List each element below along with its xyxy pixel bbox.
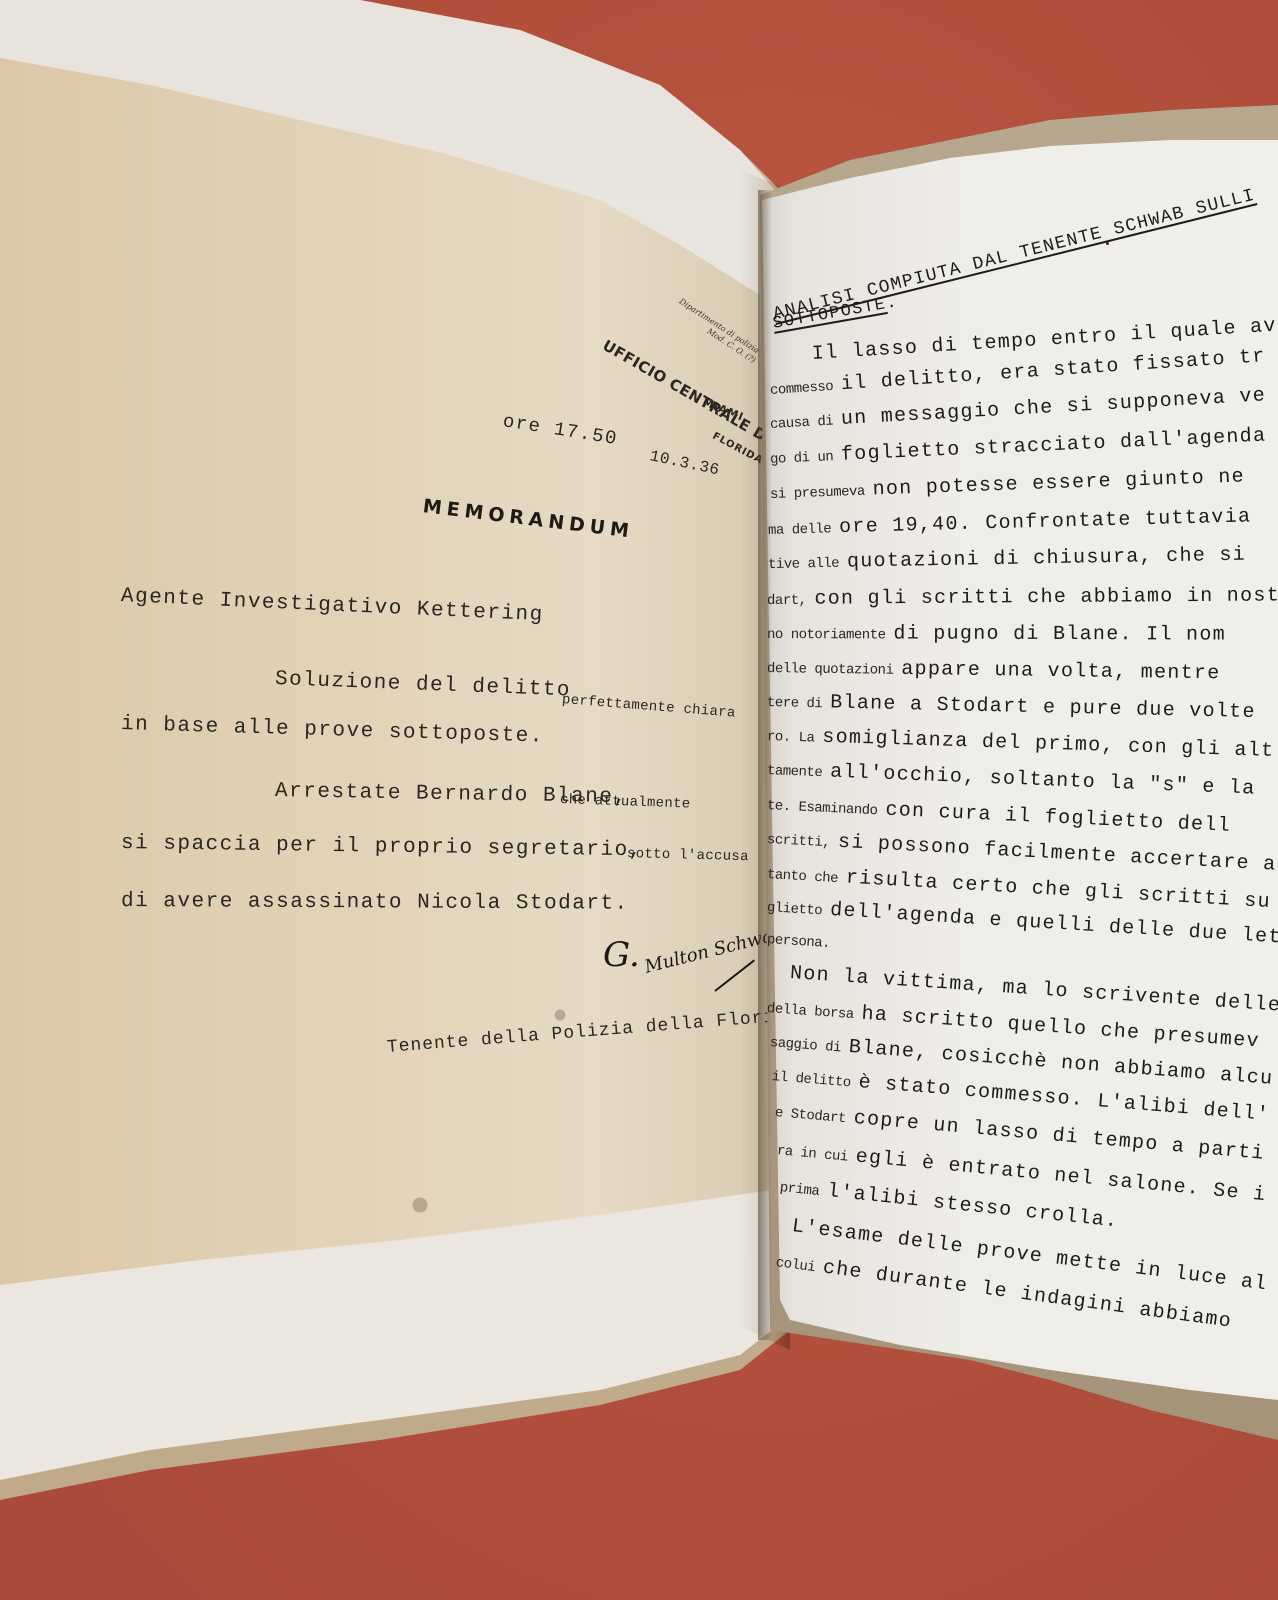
analysis-line-prefix: glietto: [766, 900, 830, 920]
analysis-line-prefix: no notoriamente: [767, 627, 893, 643]
analysis-line: no notoriamente di pugno di Blane. Il no…: [767, 622, 1226, 647]
analysis-line-prefix: ro. La: [767, 729, 823, 747]
analysis-line-prefix: scritti,: [767, 832, 839, 852]
signature-initial: G.: [603, 935, 640, 975]
analysis-line-prefix: si presumeva: [770, 483, 873, 503]
analysis-line: persona.: [766, 927, 831, 954]
analysis-line-prefix: prima: [779, 1180, 828, 1201]
memo-body-line: di avere assassinato Nicola Stodart.: [121, 890, 629, 916]
analysis-line-prefix: ma delle: [768, 521, 840, 539]
analysis-line-prefix: commesso: [770, 378, 842, 399]
analysis-line-prefix: saggio di: [769, 1035, 849, 1057]
analysis-line-text: con gli scritti che abbiamo in nost: [814, 584, 1278, 610]
analysis-line-prefix: tere di: [767, 695, 831, 712]
analysis-line-prefix: tanto che: [766, 867, 846, 888]
analysis-line: dart, con gli scritti che abbiamo in nos…: [767, 584, 1278, 611]
analysis-line-text: appare una volta, mentre: [901, 658, 1221, 685]
analysis-line-prefix: persona.: [766, 932, 830, 952]
analysis-line-prefix: go di un: [770, 449, 842, 468]
analysis-line-prefix: tamente: [767, 763, 831, 782]
analysis-line-text: di pugno di Blane. Il nom: [893, 622, 1226, 646]
analysis-line-prefix: tive alle: [768, 556, 847, 573]
analysis-line-prefix: te. Esaminando: [767, 798, 886, 820]
analysis-line-prefix: delle quotazioni: [767, 661, 902, 679]
analysis-line-prefix: causa di: [770, 413, 842, 433]
analysis-line-prefix: colui: [775, 1255, 824, 1277]
analysis-line-prefix: dart,: [767, 593, 815, 609]
memo-body-line: sotto l'accusa: [627, 846, 749, 865]
